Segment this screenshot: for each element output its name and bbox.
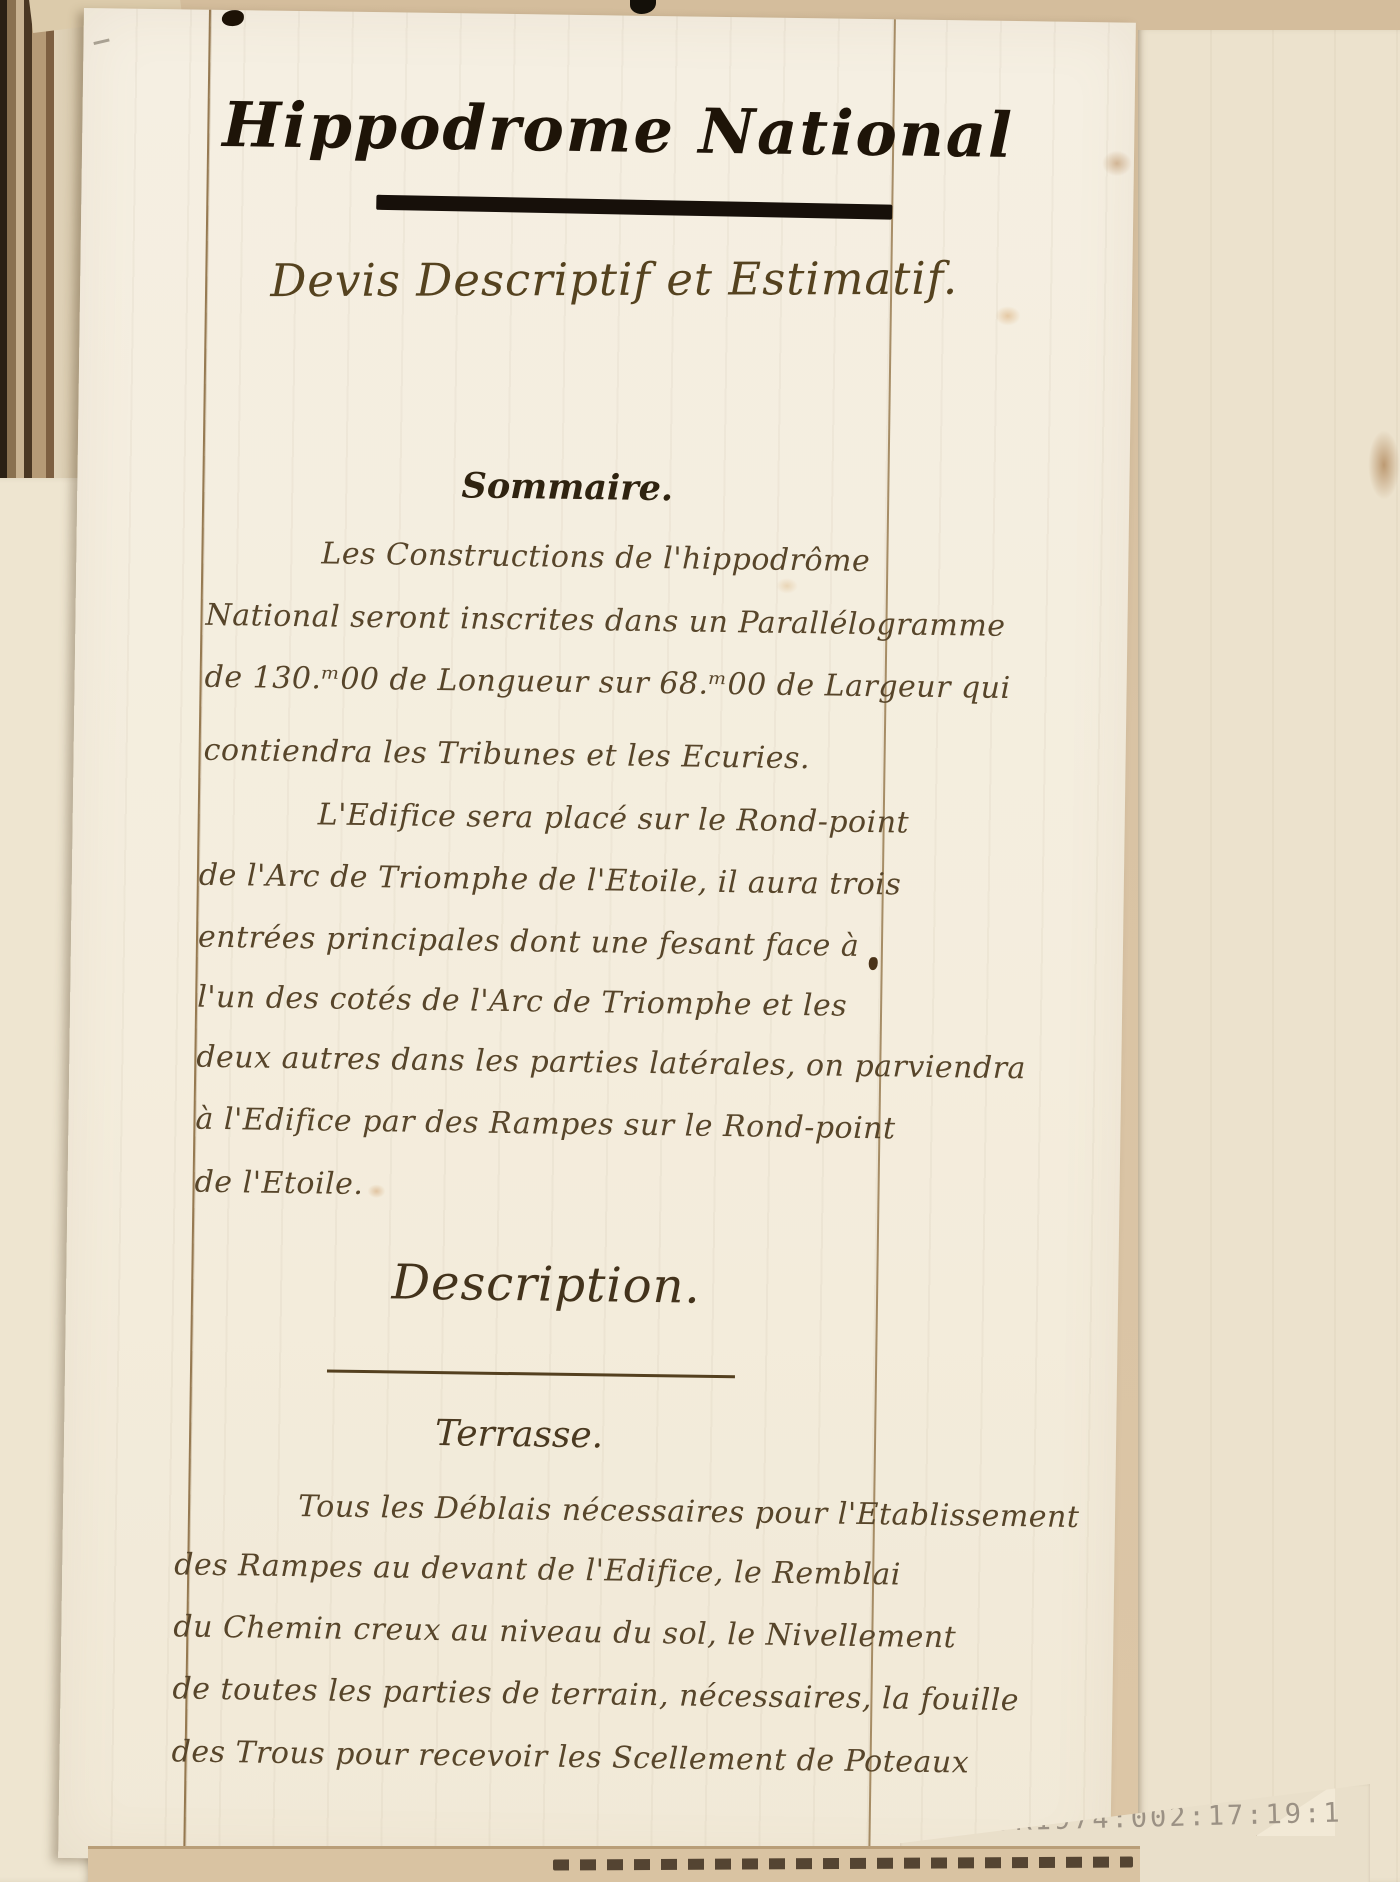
document-subtitle: Devis Descriptif et Estimatif.	[270, 252, 900, 307]
foxing-stain	[776, 578, 798, 594]
subsection-heading-terrasse: Terrasse.	[394, 1412, 645, 1456]
underlying-page-ruling	[1150, 30, 1400, 1882]
section-heading-sommaire: Sommaire.	[417, 465, 718, 510]
cut-off-text-line	[553, 1856, 1133, 1870]
manuscript-line: de l'Etoile.	[194, 1165, 363, 1202]
scanned-manuscript-photo: { "page": { "title": "Hippodrome Nationa…	[0, 0, 1400, 1882]
foxing-stain	[995, 306, 1021, 326]
section-heading-description: Description.	[326, 1254, 767, 1316]
foxing-stain	[367, 1184, 385, 1198]
photo-bottom-edge	[88, 1846, 1140, 1882]
paper-stain	[1368, 430, 1400, 500]
manuscript-page: Hippodrome National Devis Descriptif et …	[58, 8, 1136, 1873]
document-title: Hippodrome National	[222, 88, 903, 170]
foxing-stain	[1102, 150, 1132, 176]
